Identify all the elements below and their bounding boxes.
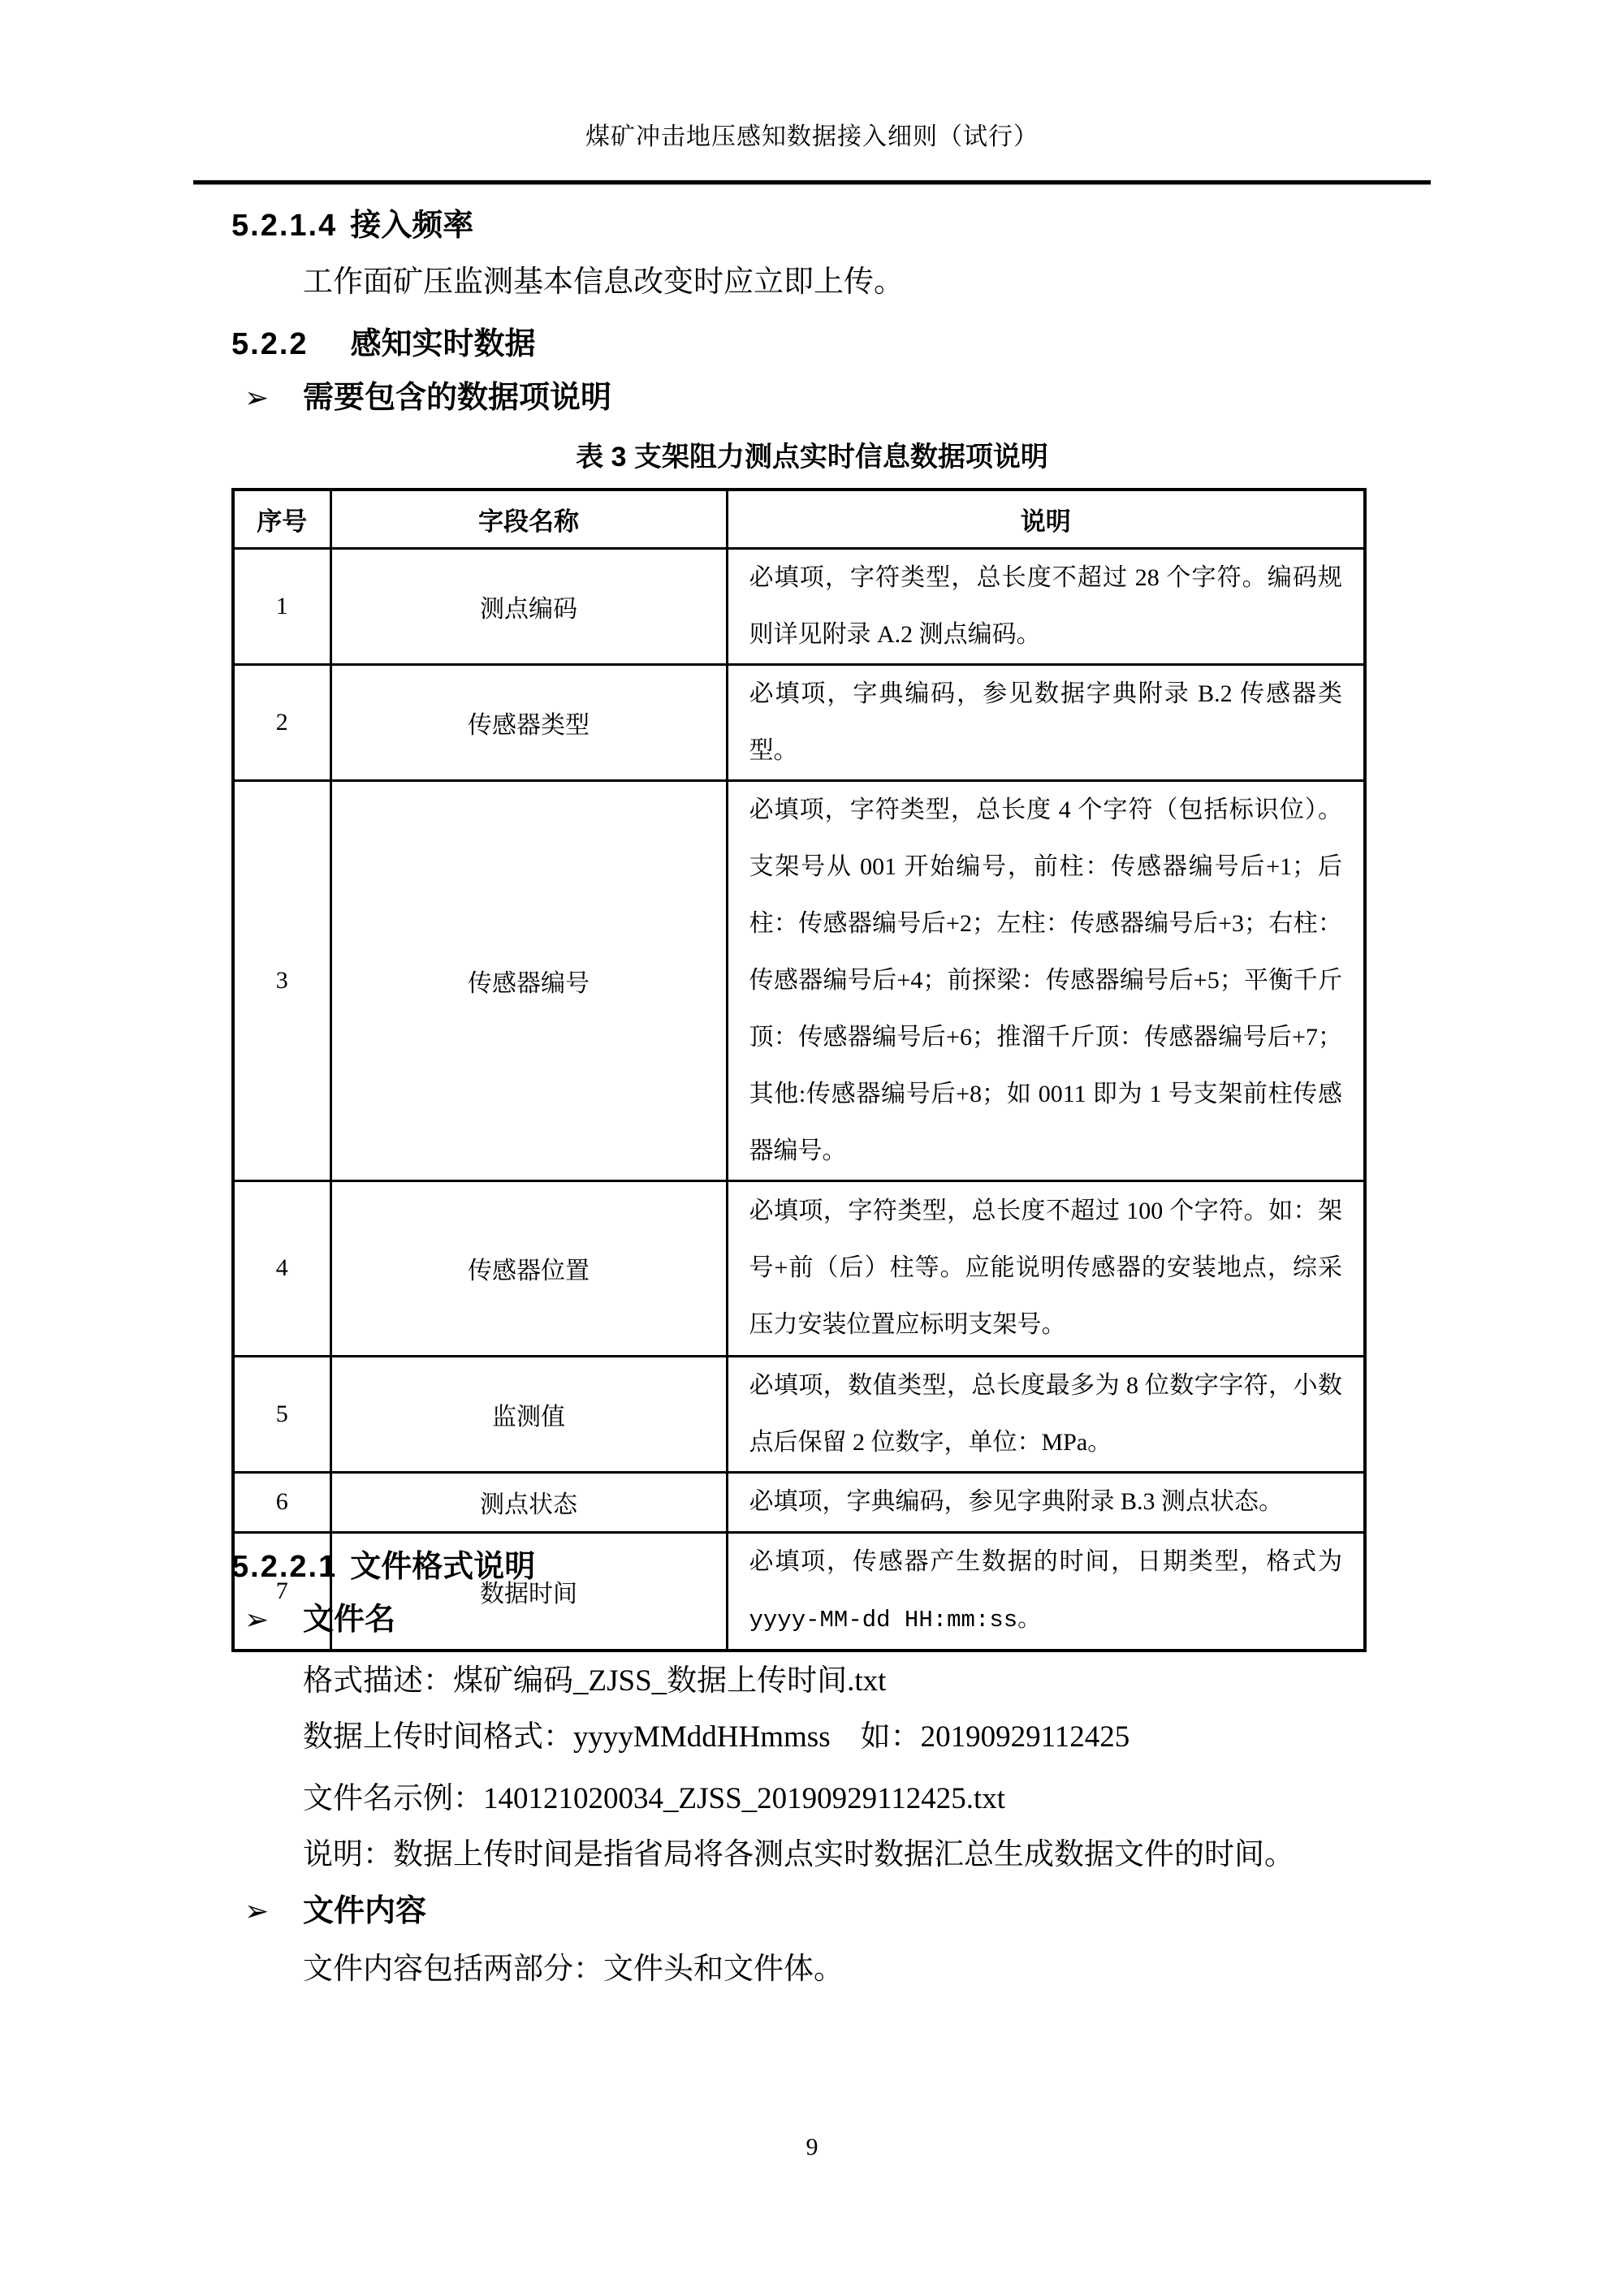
table-row: 2 传感器类型 必填项，字典编码，参见数据字典附录 B.2 传感器类型。	[233, 664, 1365, 780]
header-cell-field: 字段名称	[330, 490, 727, 548]
arrow-bullet-icon: ➢	[231, 1600, 303, 1641]
table-row: 6 测点状态 必填项，字典编码，参见字典附录 B.3 测点状态。	[233, 1472, 1365, 1532]
field-name-cell: 测点状态	[330, 1472, 727, 1532]
field-name-cell: 测点编码	[330, 548, 727, 664]
filename-note-line: 说明：数据上传时间是指省局将各测点实时数据汇总生成数据文件的时间。	[303, 1836, 1294, 1874]
bullet-label: 文件名	[303, 1603, 395, 1637]
row-number-cell: 5	[233, 1356, 330, 1472]
section-heading-5-2-2: 5.2.2感知实时数据	[231, 325, 536, 364]
description-cell: 必填项，字符类型，总长度不超过 100 个字符。如：架号+前（后）柱等。应能说明…	[727, 1180, 1365, 1356]
data-items-table: 序号 字段名称 说明 1 测点编码 必填项，字符类型，总长度不超过 28 个字符…	[231, 488, 1367, 1652]
section-number: 5.2.1.4	[231, 209, 337, 243]
section-title: 文件格式说明	[350, 1550, 535, 1584]
bullet-label: 文件内容	[303, 1894, 426, 1928]
upload-time-format-line: 数据上传时间格式：yyyyMMddHHmmss 如：20190929112425	[303, 1719, 1129, 1756]
filename-format-line: 格式描述：煤矿编码_ZJSS_数据上传时间.txt	[303, 1663, 886, 1700]
bullet-data-items: ➢需要包含的数据项说明	[231, 378, 611, 419]
page-number: 9	[0, 2131, 1624, 2164]
row-number-cell: 1	[233, 548, 330, 664]
row-number-cell: 6	[233, 1472, 330, 1532]
bullet-filecontent: ➢文件内容	[231, 1891, 426, 1932]
field-name-cell: 传感器编号	[330, 780, 727, 1180]
field-name-cell: 监测值	[330, 1356, 727, 1472]
description-cell: 必填项，字符类型，总长度 4 个字符（包括标识位）。支架号从 001 开始编号，…	[727, 780, 1365, 1180]
section-title: 接入频率	[350, 209, 473, 243]
section-title: 感知实时数据	[351, 327, 536, 361]
filename-example-line: 文件名示例：140121020034_ZJSS_20190929112425.t…	[303, 1780, 1005, 1818]
arrow-bullet-icon: ➢	[231, 378, 303, 419]
bullet-filename: ➢文件名	[231, 1599, 395, 1641]
header-cell-desc: 说明	[727, 490, 1365, 548]
section-heading-5-2-1-4: 5.2.1.4接入频率	[231, 206, 473, 245]
description-cell: 必填项，传感器产生数据的时间，日期类型，格式为 yyyy-MM-dd HH:mm…	[727, 1532, 1365, 1651]
description-cell: 必填项，数值类型，总长度最多为 8 位数字字符，小数点后保留 2 位数字，单位：…	[727, 1356, 1365, 1472]
description-cell: 必填项，字典编码，参见字典附录 B.3 测点状态。	[727, 1472, 1365, 1532]
document-page: 煤矿冲击地压感知数据接入细则（试行） 5.2.1.4接入频率 工作面矿压监测基本…	[0, 0, 1624, 2296]
header-rule	[193, 180, 1431, 185]
table-row: 5 监测值 必填项，数值类型，总长度最多为 8 位数字字符，小数点后保留 2 位…	[233, 1356, 1365, 1472]
row-number-cell: 4	[233, 1180, 330, 1356]
header-cell-no: 序号	[233, 490, 330, 548]
arrow-bullet-icon: ➢	[231, 1892, 303, 1932]
paragraph-access-frequency: 工作面矿压监测基本信息改变时应立即上传。	[231, 264, 1394, 301]
field-name-cell: 传感器类型	[330, 664, 727, 780]
description-text: 必填项，传感器产生数据的时间，日期类型，格式为	[749, 1548, 1343, 1575]
running-header-title: 煤矿冲击地压感知数据接入细则（试行）	[0, 122, 1624, 153]
filecontent-line: 文件内容包括两部分：文件头和文件体。	[303, 1951, 844, 1988]
table-header-row: 序号 字段名称 说明	[233, 490, 1365, 548]
description-cell: 必填项，字符类型，总长度不超过 28 个字符。编码规则详见附录 A.2 测点编码…	[727, 548, 1365, 664]
table-row: 4 传感器位置 必填项，字符类型，总长度不超过 100 个字符。如：架号+前（后…	[233, 1180, 1365, 1356]
row-number-cell: 3	[233, 780, 330, 1180]
field-name-cell: 传感器位置	[330, 1180, 727, 1356]
bullet-label: 需要包含的数据项说明	[303, 381, 611, 415]
description-cell: 必填项，字典编码，参见数据字典附录 B.2 传感器类型。	[727, 664, 1365, 780]
table-row: 1 测点编码 必填项，字符类型，总长度不超过 28 个字符。编码规则详见附录 A…	[233, 548, 1365, 664]
section-heading-5-2-2-1: 5.2.2.1文件格式说明	[231, 1547, 535, 1586]
table-row: 3 传感器编号 必填项，字符类型，总长度 4 个字符（包括标识位）。支架号从 0…	[233, 780, 1365, 1180]
section-number: 5.2.2	[231, 327, 309, 361]
datetime-format-text: yyyy-MM-dd HH:mm:ss。	[749, 1607, 1042, 1634]
table-caption: 表 3 支架阻力测点实时信息数据项说明	[0, 438, 1624, 476]
row-number-cell: 2	[233, 664, 330, 780]
section-number: 5.2.2.1	[231, 1550, 337, 1584]
